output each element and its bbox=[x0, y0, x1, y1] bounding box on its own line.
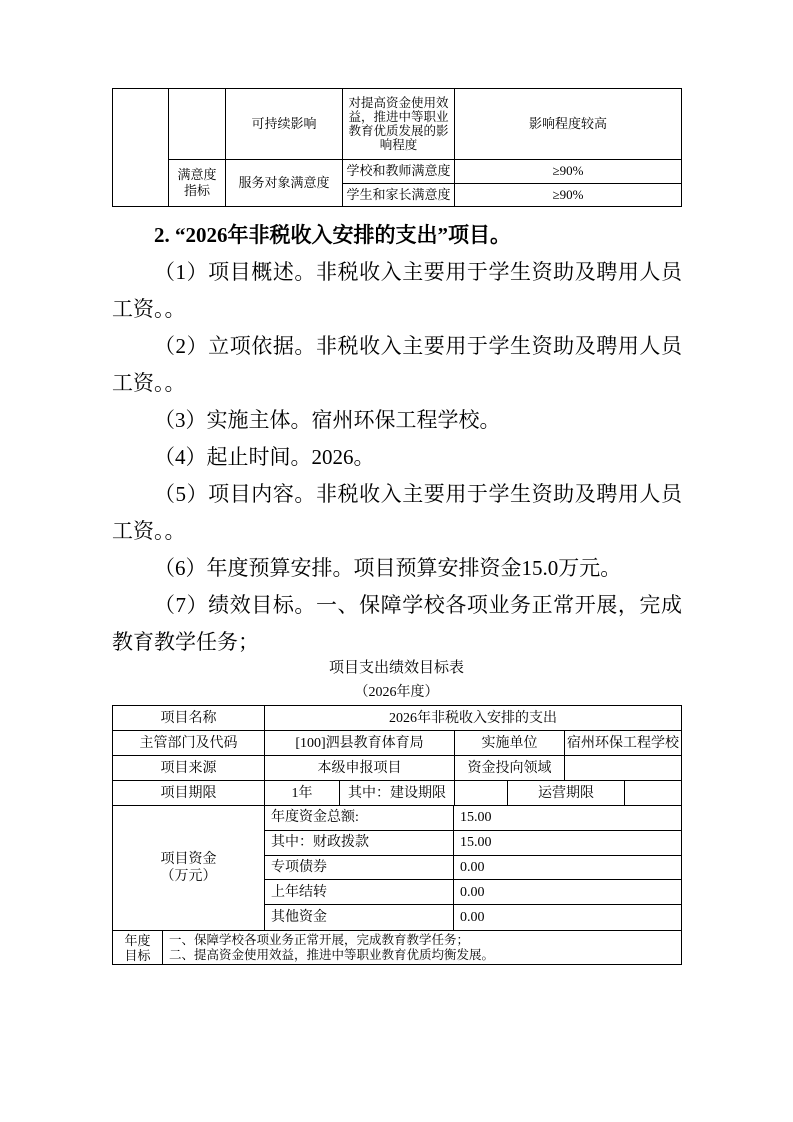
indicator-table: 可持续影响 对提高资金使用效益，推进中等职业教育优质发展的影响程度 影响程度较高… bbox=[112, 88, 682, 207]
sustain-impact-label-cell: 可持续影响 bbox=[226, 89, 343, 159]
period-label-cell: 项目期限 bbox=[113, 781, 265, 805]
paragraph-6: （6）年度预算安排。项目预算安排资金15.0万元。 bbox=[112, 550, 682, 587]
satisfaction-group-cell: 满意度 指标 bbox=[169, 160, 226, 206]
indicator-target-cell: ≥90% bbox=[455, 184, 681, 207]
funds-row-value-cell: 0.00 bbox=[454, 880, 681, 904]
sustain-impact-criteria-cell: 对提高资金使用效益，推进中等职业教育优质发展的影响程度 bbox=[343, 89, 455, 159]
paragraph-5: （5）项目内容。非税收入主要用于学生资助及聘用人员工资。。 bbox=[112, 476, 682, 550]
funds-row-value-cell: 15.00 bbox=[454, 831, 681, 855]
funds-row-value-cell: 0.00 bbox=[454, 905, 681, 930]
funds-row-label-cell: 专项债券 bbox=[265, 856, 454, 880]
document-page: 可持续影响 对提高资金使用效益，推进中等职业教育优质发展的影响程度 影响程度较高… bbox=[0, 0, 793, 1122]
funds-row-label-cell: 其中：财政拨款 bbox=[265, 831, 454, 855]
implementer-value-cell: 宿州环保工程学校 bbox=[565, 731, 681, 755]
department-label-cell: 主管部门及代码 bbox=[113, 731, 265, 755]
source-label-cell: 项目来源 bbox=[113, 756, 265, 780]
annual-goal-content-cell: 一、保障学校各项业务正常开展，完成教育教学任务； 二、提高资金使用效益，推进中等… bbox=[163, 931, 681, 964]
satisfaction-sub-cell: 服务对象满意度 bbox=[226, 160, 343, 206]
funds-row-value-cell: 15.00 bbox=[454, 806, 681, 830]
annual-goal-row: 年度 目标 一、保障学校各项业务正常开展，完成教育教学任务； 二、提高资金使用效… bbox=[113, 931, 681, 964]
annual-goal-label-cell: 年度 目标 bbox=[113, 931, 163, 964]
period-value-cell: 1年 bbox=[265, 781, 340, 805]
funds-row-label-cell: 其他资金 bbox=[265, 905, 454, 930]
funds-row-value-cell: 0.00 bbox=[454, 856, 681, 880]
implementer-label-cell: 实施单位 bbox=[455, 731, 565, 755]
indicator-name-cell: 学生和家长满意度 bbox=[343, 184, 455, 207]
indicator-row: 学校和教师满意度 ≥90% bbox=[343, 160, 681, 184]
source-row: 项目来源 本级申报项目 资金投向领域 bbox=[113, 756, 681, 781]
performance-table-title: 项目支出绩效目标表 bbox=[0, 656, 793, 677]
source-value-cell: 本级申报项目 bbox=[265, 756, 455, 780]
funds-row-label-cell: 上年结转 bbox=[265, 880, 454, 904]
body-text: 2. “2026年非税收入安排的支出”项目。 （1）项目概述。非税收入主要用于学… bbox=[112, 217, 682, 661]
fund-direction-label-cell: 资金投向领域 bbox=[455, 756, 565, 780]
funds-row: 年度资金总额: 15.00 bbox=[265, 806, 681, 831]
performance-table: 项目名称 2026年非税收入安排的支出 主管部门及代码 [100]泗县教育体育局… bbox=[112, 705, 682, 965]
section-heading: 2. “2026年非税收入安排的支出”项目。 bbox=[112, 217, 682, 254]
op-period-label-cell: 运营期限 bbox=[508, 781, 625, 805]
empty-group-cell bbox=[169, 89, 226, 159]
funds-row: 其他资金 0.00 bbox=[265, 905, 681, 930]
period-row: 项目期限 1年 其中：建设期限 运营期限 bbox=[113, 781, 681, 806]
department-value-cell: [100]泗县教育体育局 bbox=[265, 731, 455, 755]
build-period-value-cell bbox=[455, 781, 508, 805]
indicator-row: 学生和家长满意度 ≥90% bbox=[343, 184, 681, 207]
project-funds-block: 项目资金 （万元） 年度资金总额: 15.00 其中：财政拨款 15.00 专项… bbox=[113, 806, 681, 931]
indicator-target-cell: ≥90% bbox=[455, 160, 681, 183]
funds-row: 上年结转 0.00 bbox=[265, 880, 681, 905]
empty-spanner-cell bbox=[113, 89, 169, 206]
paragraph-3: （3）实施主体。宿州环保工程学校。 bbox=[112, 402, 682, 439]
project-name-row: 项目名称 2026年非税收入安排的支出 bbox=[113, 706, 681, 731]
paragraph-7: （7）绩效目标。一、保障学校各项业务正常开展，完成教育教学任务； bbox=[112, 587, 682, 661]
department-row: 主管部门及代码 [100]泗县教育体育局 实施单位 宿州环保工程学校 bbox=[113, 731, 681, 756]
funds-row: 专项债券 0.00 bbox=[265, 856, 681, 881]
paragraph-4: （4）起止时间。2026。 bbox=[112, 439, 682, 476]
indicator-name-cell: 学校和教师满意度 bbox=[343, 160, 455, 183]
funds-row-label-cell: 年度资金总额: bbox=[265, 806, 454, 830]
funds-row: 其中：财政拨款 15.00 bbox=[265, 831, 681, 856]
paragraph-1: （1）项目概述。非税收入主要用于学生资助及聘用人员工资。。 bbox=[112, 254, 682, 328]
project-name-label-cell: 项目名称 bbox=[113, 706, 265, 730]
build-period-label-cell: 其中：建设期限 bbox=[340, 781, 455, 805]
op-period-value-cell bbox=[625, 781, 681, 805]
paragraph-2: （2）立项依据。非税收入主要用于学生资助及聘用人员工资。。 bbox=[112, 328, 682, 402]
project-funds-label-cell: 项目资金 （万元） bbox=[113, 806, 265, 930]
fund-direction-value-cell bbox=[565, 756, 681, 780]
performance-table-subtitle: （2026年度） bbox=[0, 681, 793, 701]
project-name-value-cell: 2026年非税收入安排的支出 bbox=[265, 706, 681, 730]
sustain-impact-value-cell: 影响程度较高 bbox=[455, 89, 681, 159]
